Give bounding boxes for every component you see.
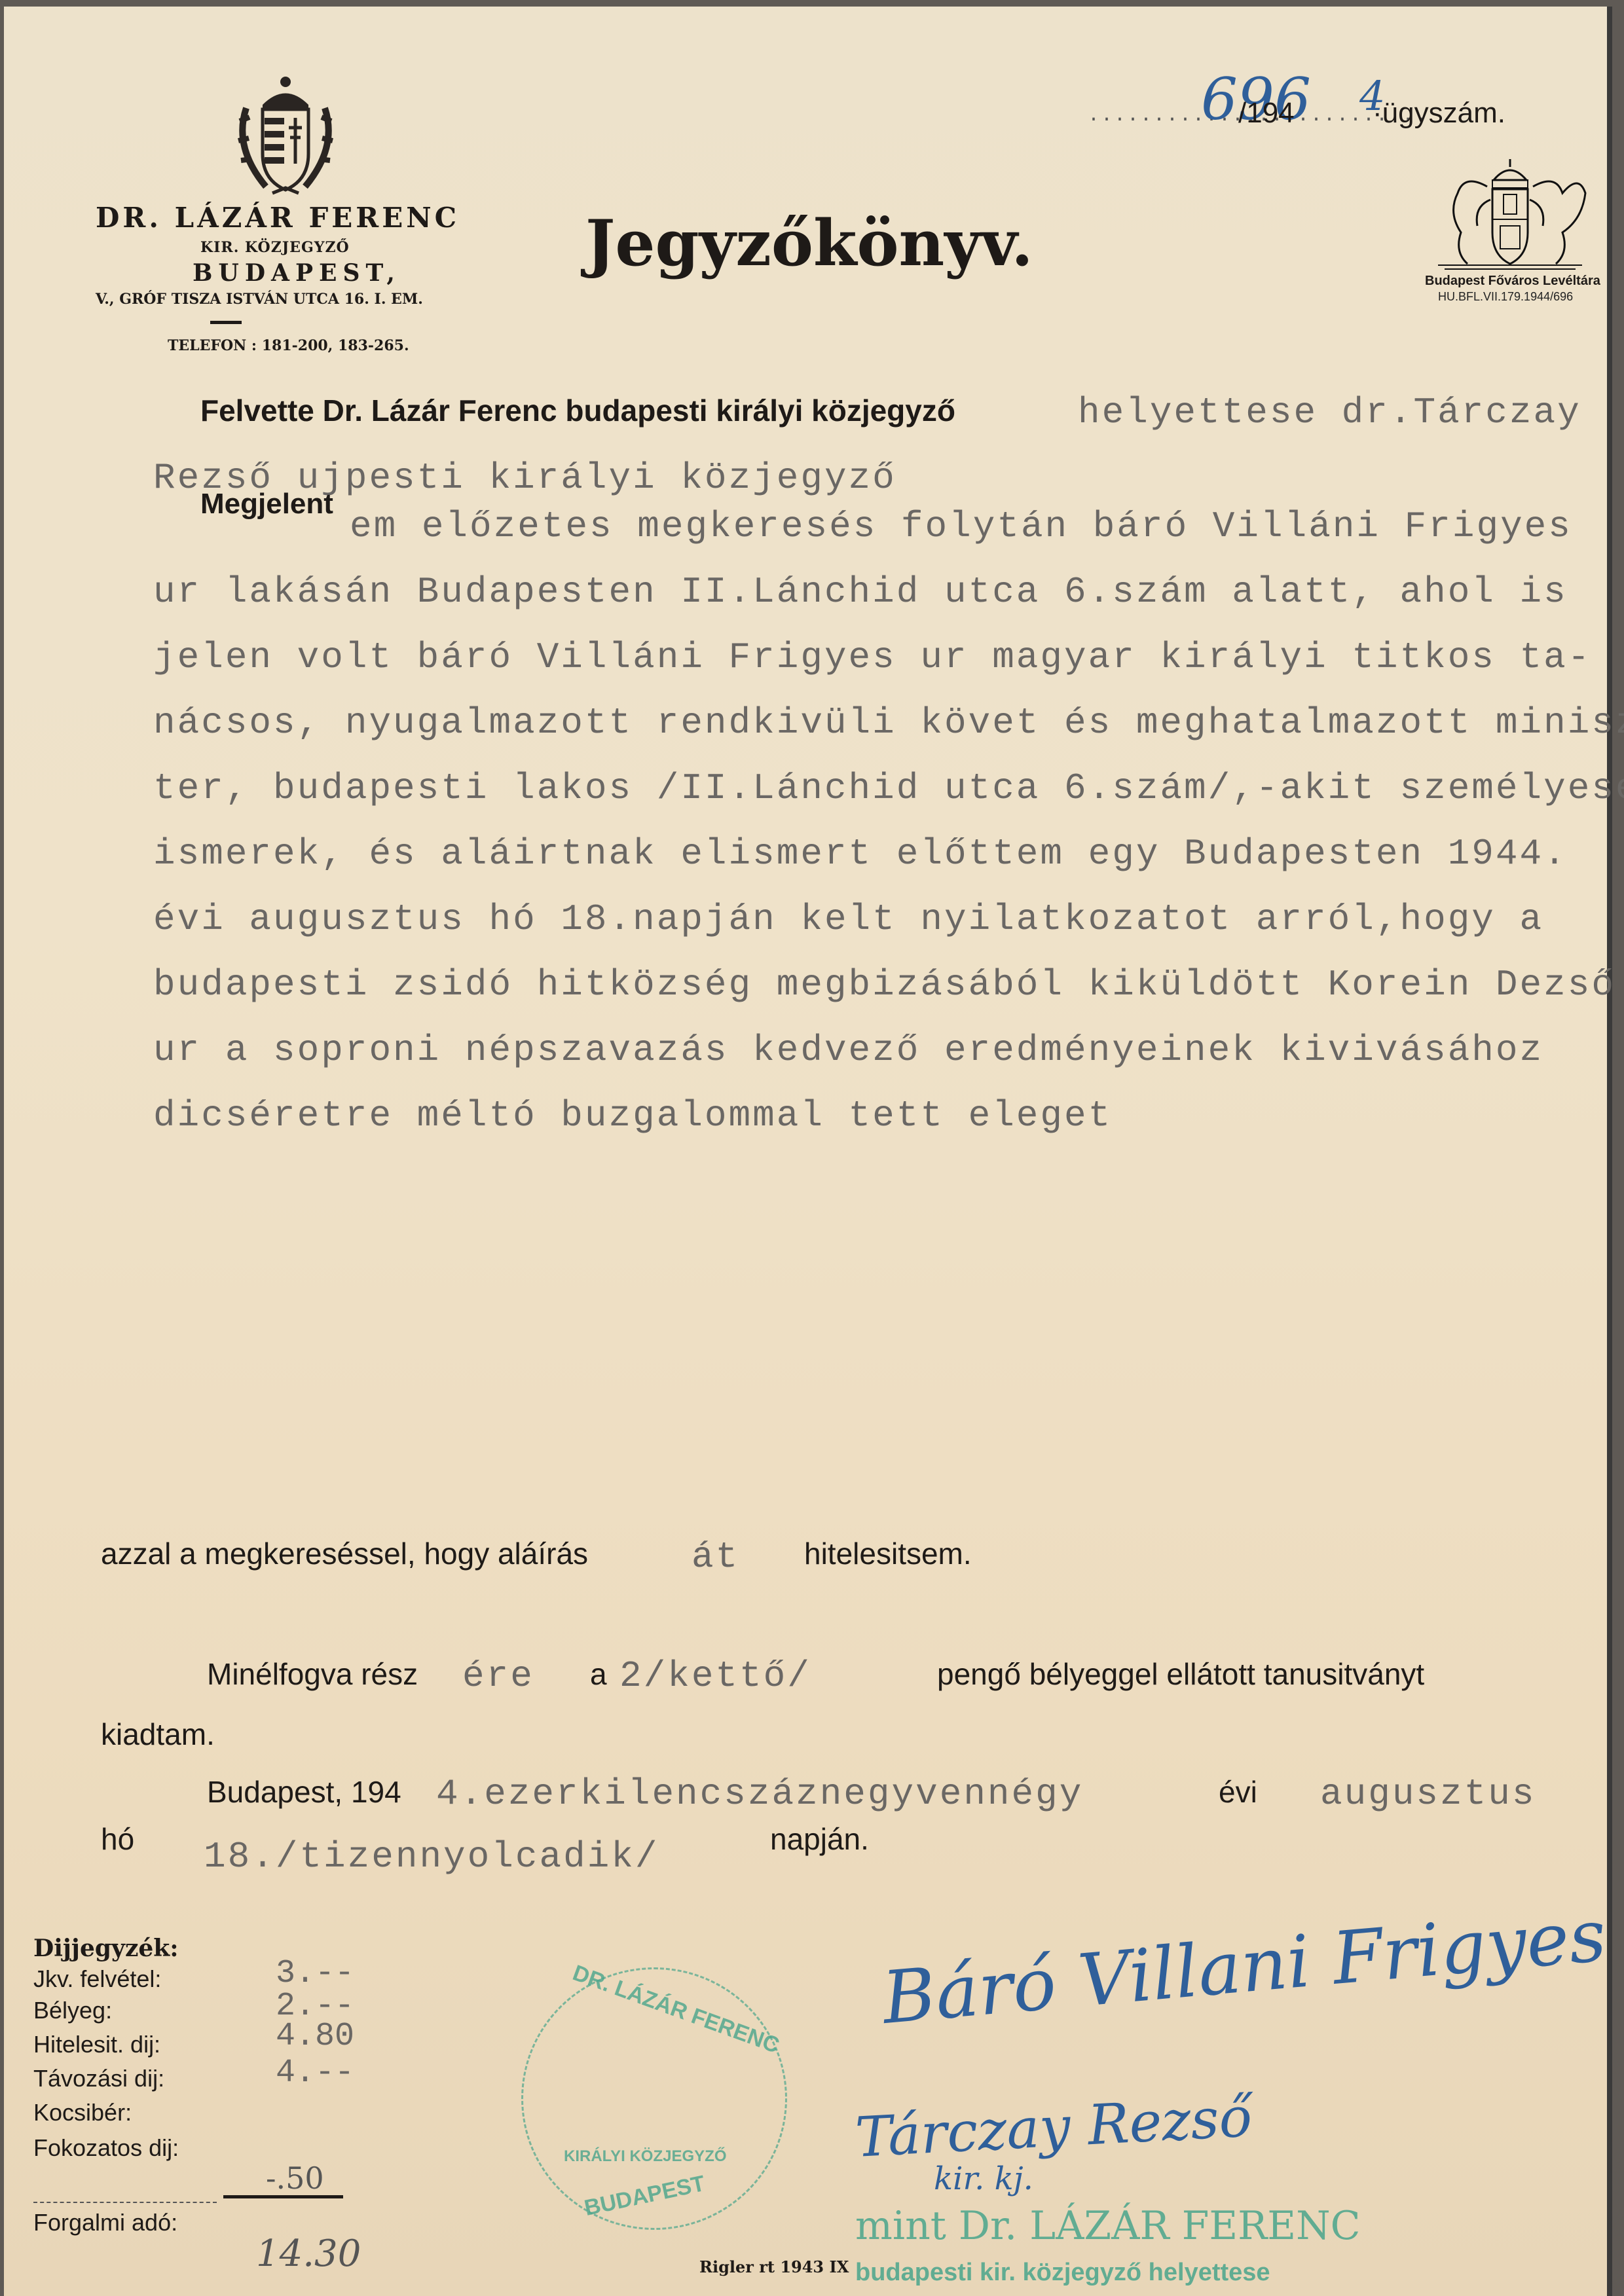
document-title: Jegyzőkönyv. xyxy=(585,206,1033,280)
total-rule xyxy=(223,2195,343,2198)
day-fill: 18./tizennyolcadik/ xyxy=(204,1836,659,1878)
fee-value: 3.-- xyxy=(276,1955,354,1992)
stamp-fill: 2/kettő/ xyxy=(619,1655,811,1697)
body-line: budapesti zsidó hitközség megbizásából k… xyxy=(153,964,1615,1006)
body-line: dicséretre méltó buzgalommal tett eleget xyxy=(153,1095,1112,1137)
fee-label: Távozási dij: xyxy=(33,2065,164,2092)
notary-signature: Tárczay Rezső xyxy=(854,2085,1253,2170)
fee-label: Kocsibér: xyxy=(33,2099,132,2126)
budapest-coat-of-arms-icon xyxy=(1428,147,1592,272)
request-suffix: hitelesitsem. xyxy=(804,1536,972,1571)
body-line: ur a soproni népszavazás kedvező eredmén… xyxy=(153,1029,1543,1071)
hungarian-coat-of-arms-icon xyxy=(227,69,344,200)
body-line: jelen volt báró Villáni Frigyes ur magya… xyxy=(153,636,1591,678)
notary-signature-sub: kir. kj. xyxy=(934,2160,1033,2197)
fee-label: Bélyeg: xyxy=(33,1997,112,2024)
body-line: ismerek, és aláirtnak elismert előttem e… xyxy=(153,833,1568,875)
case-year-prefix: /194 xyxy=(1238,97,1295,130)
ho-label: hó xyxy=(101,1821,134,1857)
notary-phone: TELEFON : 181-200, 183-265. xyxy=(168,337,409,354)
fee-list-title: Dijjegyzék: xyxy=(33,1935,179,1962)
case-number-label: ·ügyszám. xyxy=(1373,97,1505,130)
request-fill: át xyxy=(692,1536,739,1578)
body-line: ter, budapesti lakos /II.Lánchid utca 6.… xyxy=(153,767,1624,809)
stamp-suffix: pengő bélyeggel ellátott tanusitványt xyxy=(937,1656,1424,1692)
notary-title: KIR. KÖZJEGYZŐ xyxy=(200,239,350,256)
notary-city: BUDAPEST, xyxy=(193,259,401,287)
request-prefix: azzal a megkereséssel, hogy aláírás xyxy=(101,1536,588,1571)
fee-divider xyxy=(33,2202,217,2203)
deputy-stamp-line-2: budapesti kir. közjegyző helyettese xyxy=(855,2259,1270,2287)
body-line: ur lakásán Budapesten II.Lánchid utca 6.… xyxy=(153,571,1568,613)
napjan-label: napján. xyxy=(770,1821,869,1857)
minelfogva-fill: ére xyxy=(462,1655,534,1697)
printer-mark: Rigler rt 1943 IX xyxy=(699,2257,849,2276)
tax-value-handwritten: -.50 xyxy=(266,2160,324,2196)
deputy-stamp-line-1: mint Dr. LÁZÁR FERENC xyxy=(855,2203,1361,2249)
letterhead-divider xyxy=(210,321,242,324)
stamp-prefix: a xyxy=(590,1656,607,1692)
seal-text-middle: KIRÁLYI KÖZJEGYZŐ xyxy=(564,2147,726,2166)
fee-value: 4.-- xyxy=(276,2054,354,2092)
evi-label: évi xyxy=(1219,1774,1257,1810)
megjelent-label: Megjelent xyxy=(200,488,333,520)
archive-reference: HU.BFL.VII.179.1944/696 xyxy=(1438,290,1573,304)
fee-label: Hitelesit. dij: xyxy=(33,2031,160,2058)
fee-value: 4.80 xyxy=(276,2018,354,2055)
notary-name: DR. LÁZÁR FERENC xyxy=(96,202,460,234)
notary-address: V., GRÓF TISZA ISTVÁN UTCA 16. I. EM. xyxy=(96,291,423,308)
archive-name: Budapest Főváros Levéltára xyxy=(1425,274,1600,289)
fee-label: Jkv. felvétel: xyxy=(33,1965,161,1993)
body-line: évi augusztus hó 18.napján kelt nyilatko… xyxy=(153,898,1543,940)
fee-label: Fokozatos dij: xyxy=(33,2134,179,2162)
body-line: nácsos, nyugalmazott rendkivüli követ és… xyxy=(153,702,1624,744)
minelfogva-prefix: Minélfogva rész xyxy=(207,1656,418,1692)
date-prefix: Budapest, 194 xyxy=(207,1774,401,1810)
date-year-fill: 4.ezerkilencszáznegyvennégy xyxy=(436,1773,1083,1815)
client-signature: Báró Villani Frigyes xyxy=(879,1893,1610,2040)
document-page: DR. LÁZÁR FERENC KIR. KÖZJEGYZŐ BUDAPEST… xyxy=(4,7,1612,2296)
body-line: em előzetes megkeresés folytán báró Vill… xyxy=(350,505,1572,547)
total-handwritten: 14.30 xyxy=(256,2232,361,2275)
month-fill: augusztus xyxy=(1320,1773,1536,1815)
intro-printed: Felvette Dr. Lázár Ferenc budapesti kirá… xyxy=(200,393,955,428)
tax-label: Forgalmi adó: xyxy=(33,2209,177,2236)
kiadtam: kiadtam. xyxy=(101,1717,215,1752)
intro-typed: helyettese dr.Tárczay xyxy=(1078,392,1581,433)
